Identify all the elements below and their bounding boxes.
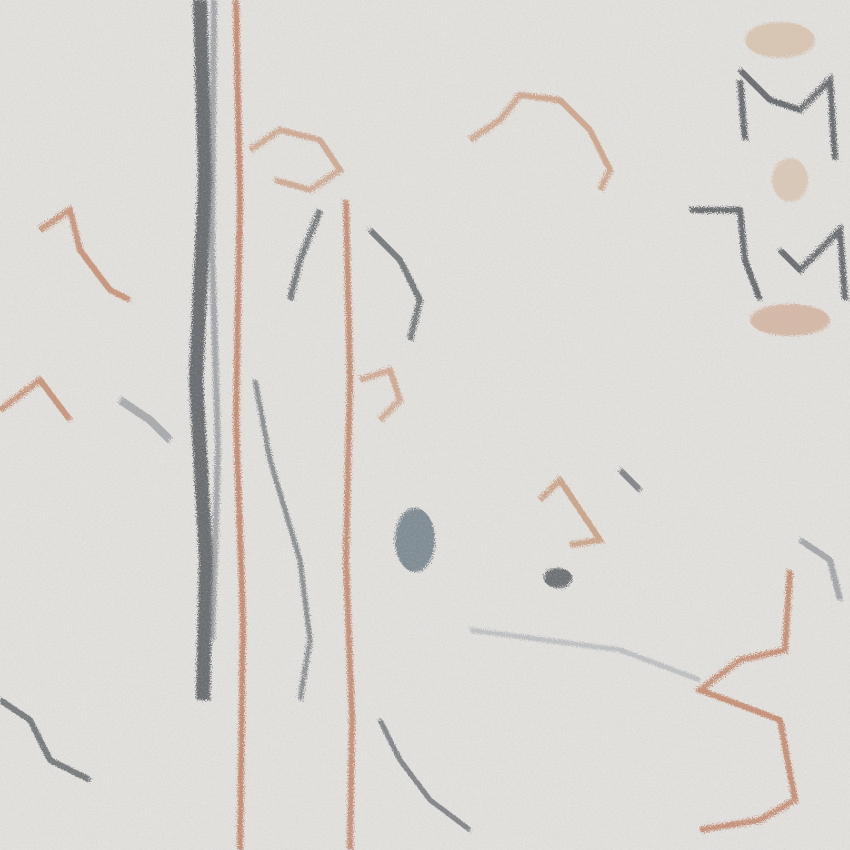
rug-texture-photo	[0, 0, 850, 850]
rug-pattern	[0, 0, 850, 850]
pile-texture	[0, 0, 850, 850]
